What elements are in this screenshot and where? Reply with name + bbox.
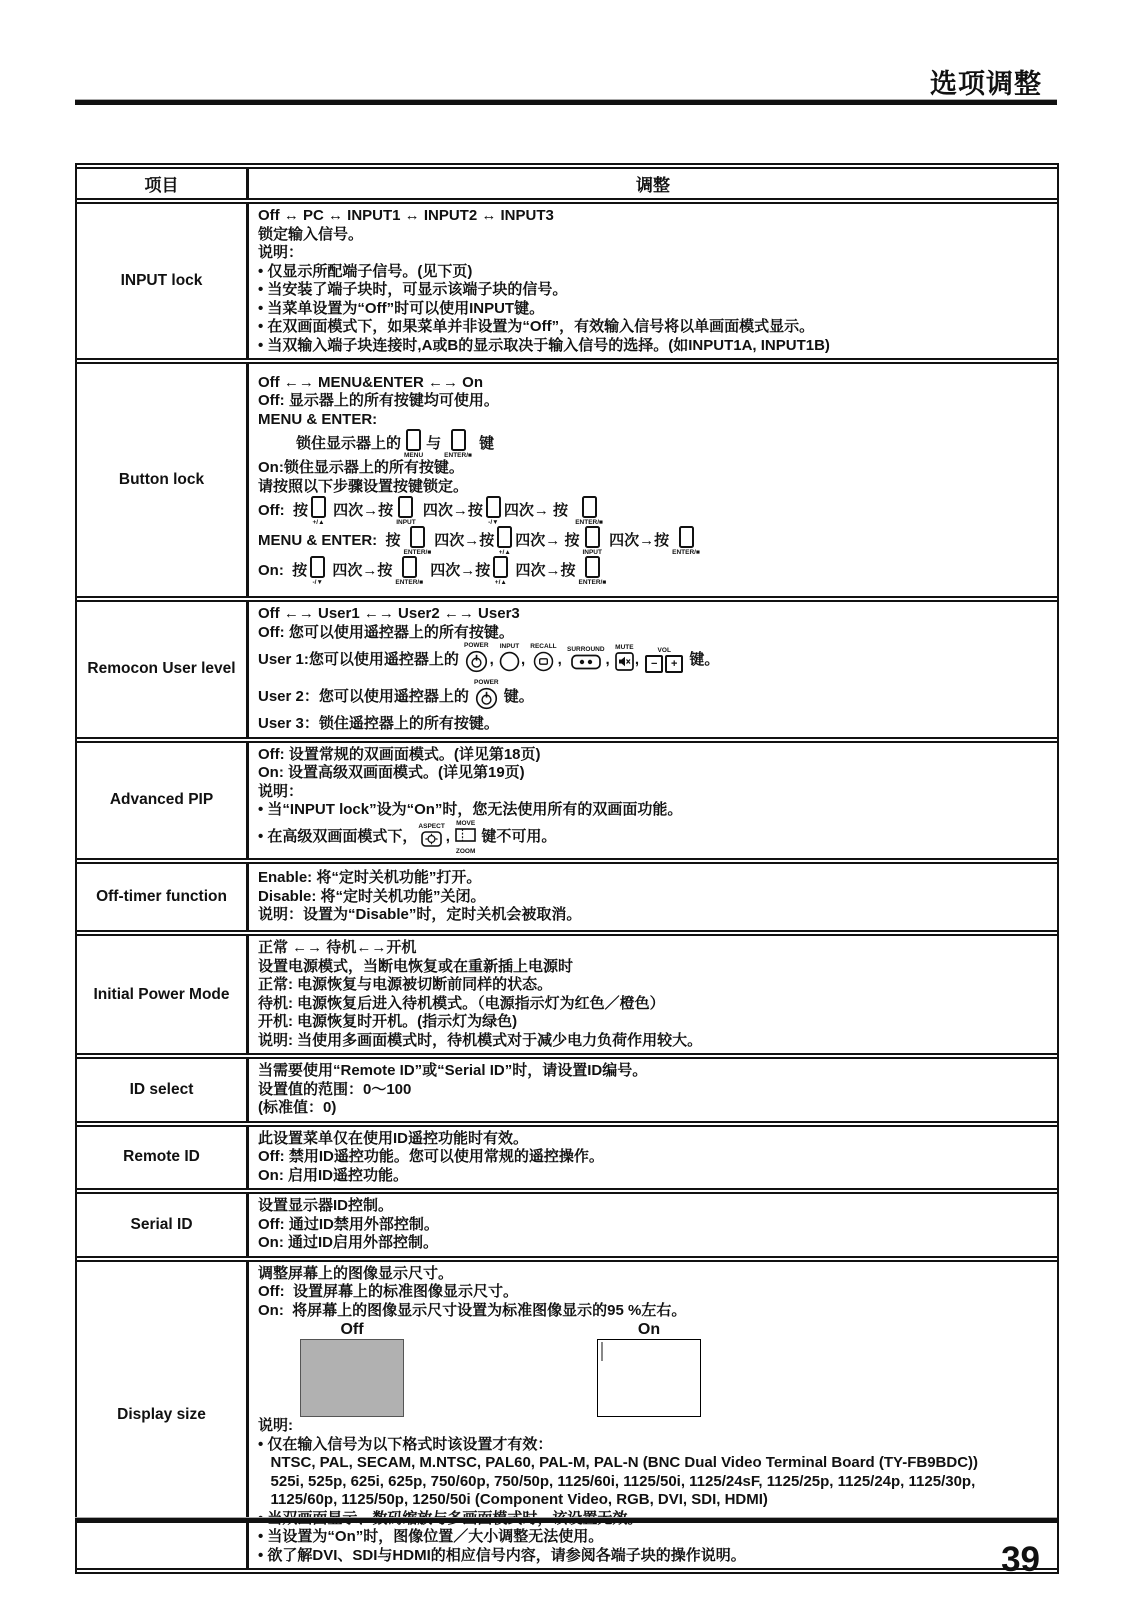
surround-label: SURROUND bbox=[567, 646, 605, 653]
table-row-remocon-user-level: Remocon User levelOff ←→ User1 ←→ User2 … bbox=[77, 600, 1057, 739]
text-segment: • 当设置为“On”时，图像位置／大小调整无法使用。 bbox=[258, 1528, 603, 1547]
text-segment: , bbox=[606, 651, 614, 670]
text-segment: 正常: 电源恢复与电源被切断前同样的状态。 bbox=[258, 976, 552, 995]
panel-key-icon: -/▼ bbox=[486, 496, 501, 526]
text-segment: On: 将屏幕上的图像显示尺寸设置为标准图像显示的95 %左右。 bbox=[258, 1302, 686, 1321]
panel-key-icon: +/▲ bbox=[493, 556, 508, 586]
text-segment: On: 按 bbox=[258, 562, 307, 581]
move-label: MOVE bbox=[456, 820, 475, 827]
text-segment: • 在高级双画面模式下， bbox=[258, 828, 417, 847]
content-line: • 在双画面模式下，如果菜单并非设置为“Off”，有效输入信号将以单画面模式显示… bbox=[258, 318, 1051, 337]
content-line: On: 按-/▼ 四次→按ENTER/■ 四次→按+/▲ 四次→按ENTER/■ bbox=[258, 556, 1051, 586]
move-zoom-button-icon: MOVEZOOM bbox=[455, 820, 476, 856]
power-label: POWER bbox=[464, 642, 489, 649]
text-segment: 四次→按 bbox=[511, 562, 575, 581]
row-item-label: Remote ID bbox=[77, 1125, 249, 1191]
text-segment: • 当安装了端子块时，可显示该端子块的信号。 bbox=[258, 281, 567, 300]
key-label: ENTER/■ bbox=[404, 549, 432, 556]
key-label: ENTER/■ bbox=[672, 549, 700, 556]
content-line: NTSC, PAL, SECAM, M.NTSC, PAL60, PAL-M, … bbox=[258, 1454, 1051, 1473]
text-segment: , bbox=[521, 651, 529, 670]
header-item: 项目 bbox=[77, 167, 249, 200]
icon-glyph bbox=[475, 687, 498, 716]
key-face-icon bbox=[493, 556, 508, 578]
row-content: Enable: 将“定时关机功能”打开。Disable: 将“定时关机功能”关闭… bbox=[249, 862, 1057, 932]
text-segment: On: 设置高级双画面模式。(详见第19页) bbox=[258, 764, 525, 783]
text-segment: • 仅显示所配端子信号。(见下页) bbox=[258, 263, 472, 282]
key-label: ENTER/■ bbox=[575, 519, 603, 526]
panel-key-icon: ENTER/■ bbox=[395, 556, 423, 586]
content-line: On: 将屏幕上的图像显示尺寸设置为标准图像显示的95 %左右。 bbox=[258, 1302, 1051, 1321]
text-segment: 1125/60p, 1125/50p, 1250/50i (Component … bbox=[258, 1491, 768, 1510]
text-segment: Off: 禁用ID遥控功能。您可以使用常规的遥控操作。 bbox=[258, 1148, 604, 1167]
text-segment: , bbox=[635, 651, 643, 670]
text-segment: 说明: bbox=[258, 1417, 293, 1436]
content-line: 说明：设置为“Disable”时，定时关机会被取消。 bbox=[258, 906, 1051, 925]
key-label: +/▲ bbox=[499, 549, 511, 556]
table-row-initial-power-mode: Initial Power Mode正常 ←→ 待机←→开机设置电源模式，当断电… bbox=[77, 934, 1057, 1055]
content-line: 锁定输入信号。 bbox=[258, 226, 1051, 245]
content-line: 请按照以下步骤设置按键锁定。 bbox=[258, 478, 1051, 497]
content-line: 调整屏幕上的图像显示尺寸。 bbox=[258, 1265, 1051, 1284]
row-content: 设置显示器ID控制。Off: 通过ID禁用外部控制。On: 通过ID启用外部控制… bbox=[249, 1192, 1057, 1258]
row-content: 调整屏幕上的图像显示尺寸。Off: 设置屏幕上的标准图像显示尺寸。On: 将屏幕… bbox=[249, 1260, 1057, 1571]
content-line: • 当菜单设置为“Off”时可以使用INPUT键。 bbox=[258, 300, 1051, 319]
display-size-on-group: On bbox=[597, 1320, 701, 1417]
text-segment: 正常 ←→ 待机←→开机 bbox=[258, 939, 416, 958]
key-face-icon bbox=[582, 496, 597, 518]
footer-rule bbox=[75, 1517, 1057, 1523]
content-line: Off: 通过ID禁用外部控制。 bbox=[258, 1216, 1051, 1235]
key-face-icon bbox=[398, 496, 413, 518]
aspect-label: ASPECT bbox=[418, 823, 444, 830]
content-line: Off: 禁用ID遥控功能。您可以使用常规的遥控操作。 bbox=[258, 1148, 1051, 1167]
content-line: Off ↔ PC ↔ INPUT1 ↔ INPUT2 ↔ INPUT3 bbox=[258, 207, 1051, 226]
table-row-off-timer-function: Off-timer functionEnable: 将“定时关机功能”打开。Di… bbox=[77, 862, 1057, 932]
panel-key-icon: MENU bbox=[404, 429, 423, 459]
display-size-on-box bbox=[597, 1339, 701, 1417]
key-label: ENTER/■ bbox=[395, 579, 423, 586]
text-segment: 四次→ 按 bbox=[504, 502, 572, 521]
volume-plus-icon: + bbox=[665, 655, 683, 673]
recall-label: RECALL bbox=[530, 643, 556, 650]
content-line: Disable: 将“定时关机功能”关闭。 bbox=[258, 888, 1051, 907]
content-line: • 在高级双画面模式下，ASPECT, MOVEZOOM 键不可用。 bbox=[258, 820, 1051, 856]
content-line: 525i, 525p, 625i, 625p, 750/60p, 750/50p… bbox=[258, 1473, 1051, 1492]
panel-key-icon: INPUT bbox=[396, 496, 416, 526]
content-line: Off: 显示器上的所有按键均可使用。 bbox=[258, 392, 1051, 411]
row-item-label: Advanced PIP bbox=[77, 741, 249, 861]
content-line: Off: 设置屏幕上的标准图像显示尺寸。 bbox=[258, 1283, 1051, 1302]
key-face-icon bbox=[410, 526, 425, 548]
content-line: • 欲了解DVI、SDI与HDMI的相应信号内容，请参阅各端子块的操作说明。 bbox=[258, 1547, 1051, 1566]
text-segment: 说明： bbox=[258, 244, 303, 263]
row-item-label: Button lock bbox=[77, 362, 249, 598]
text-segment: • 欲了解DVI、SDI与HDMI的相应信号内容，请参阅各端子块的操作说明。 bbox=[258, 1547, 746, 1566]
text-segment: On:锁住显示器上的所有按键。 bbox=[258, 459, 464, 478]
content-line: 正常: 电源恢复与电源被切断前同样的状态。 bbox=[258, 976, 1051, 995]
key-face-icon bbox=[311, 496, 326, 518]
row-item-label: INPUT lock bbox=[77, 202, 249, 360]
text-segment: • 当菜单设置为“Off”时可以使用INPUT键。 bbox=[258, 300, 544, 319]
mute-label: MUTE bbox=[615, 644, 633, 651]
power-button-icon: POWER bbox=[464, 642, 489, 679]
volume-keys: −+ bbox=[644, 655, 684, 673]
row-content: Off ↔ PC ↔ INPUT1 ↔ INPUT2 ↔ INPUT3锁定输入信… bbox=[249, 202, 1057, 360]
display-size-off-box bbox=[300, 1339, 404, 1417]
icon-glyph bbox=[421, 831, 442, 853]
content-line: On: 设置高级双画面模式。(详见第19页) bbox=[258, 764, 1051, 783]
text-segment: On: 启用ID遥控功能。 bbox=[258, 1167, 408, 1186]
content-line: User 1:您可以使用遥控器上的 POWER, INPUT, RECALL, … bbox=[258, 642, 1051, 679]
table-row-display-size: Display size调整屏幕上的图像显示尺寸。Off: 设置屏幕上的标准图像… bbox=[77, 1260, 1057, 1571]
key-face-icon bbox=[402, 556, 417, 578]
text-segment: Off: 通过ID禁用外部控制。 bbox=[258, 1216, 439, 1235]
panel-key-icon: +/▲ bbox=[311, 496, 326, 526]
table-row-remote-id: Remote ID此设置菜单仅在使用ID遥控功能时有效。Off: 禁用ID遥控功… bbox=[77, 1125, 1057, 1191]
panel-key-icon: INPUT bbox=[582, 526, 602, 556]
text-segment: 四次→按 bbox=[328, 562, 392, 581]
surround-button-icon: SURROUND bbox=[567, 646, 605, 676]
text-segment: 525i, 525p, 625i, 625p, 750/60p, 750/50p… bbox=[258, 1473, 975, 1492]
text-segment: , bbox=[446, 828, 454, 847]
zoom-label: ZOOM bbox=[456, 848, 476, 855]
text-segment: 四次→按 bbox=[605, 532, 669, 551]
text-segment: • 当双输入端子块连接时,A或B的显示取决于输入信号的选择。(如INPUT1A,… bbox=[258, 337, 830, 356]
text-segment: 键不可用。 bbox=[477, 828, 556, 847]
key-label: -/▼ bbox=[312, 579, 322, 586]
row-item-label: Remocon User level bbox=[77, 600, 249, 739]
volume-minus-icon: − bbox=[645, 655, 663, 673]
options-table: 项目 调整 INPUT lockOff ↔ PC ↔ INPUT1 ↔ INPU… bbox=[75, 163, 1059, 1574]
text-segment: 四次→按 bbox=[426, 562, 490, 581]
content-line: Off: 设置常规的双画面模式。(详见第18页) bbox=[258, 746, 1051, 765]
text-segment: 键。 bbox=[500, 688, 534, 707]
key-label: INPUT bbox=[582, 549, 602, 556]
text-segment: 调整屏幕上的图像显示尺寸。 bbox=[258, 1265, 453, 1284]
power-label: POWER bbox=[474, 679, 499, 686]
content-line: 说明： bbox=[258, 783, 1051, 802]
content-line: 设置值的范围：0～100 bbox=[258, 1081, 1051, 1100]
content-line: • 仅在输入信号为以下格式时该设置才有效： bbox=[258, 1436, 1051, 1455]
text-segment: 设置电源模式，当断电恢复或在重新插上电源时 bbox=[258, 958, 573, 977]
row-item-label: Initial Power Mode bbox=[77, 934, 249, 1055]
content-line: 锁住显示器上的MENU与ENTER/■ 键 bbox=[258, 429, 1051, 459]
text-segment: Enable: 将“定时关机功能”打开。 bbox=[258, 869, 481, 888]
table-row-serial-id: Serial ID设置显示器ID控制。Off: 通过ID禁用外部控制。On: 通… bbox=[77, 1192, 1057, 1258]
icon-glyph bbox=[465, 650, 488, 679]
text-segment: • 当“INPUT lock”设为“On”时，您无法使用所有的双画面功能。 bbox=[258, 801, 682, 820]
display-size-off-label: Off bbox=[340, 1320, 363, 1339]
mute-button-icon: MUTE bbox=[615, 644, 634, 677]
row-content: 当需要使用“Remote ID”或“Serial ID”时，请设置ID编号。设置… bbox=[249, 1057, 1057, 1123]
text-segment: , bbox=[490, 651, 498, 670]
text-segment: , bbox=[558, 651, 566, 670]
table-row-id-select: ID select当需要使用“Remote ID”或“Serial ID”时，请… bbox=[77, 1057, 1057, 1123]
content-line: Off: 您可以使用遥控器上的所有按键。 bbox=[258, 624, 1051, 643]
content-line: 1125/60p, 1125/50p, 1250/50i (Component … bbox=[258, 1491, 1051, 1510]
content-line: Off ←→ MENU&ENTER ←→ On bbox=[258, 374, 1051, 393]
text-segment: 与 bbox=[426, 435, 441, 454]
text-segment: 此设置菜单仅在使用ID遥控功能时有效。 bbox=[258, 1130, 528, 1149]
content-line: 说明: bbox=[258, 1417, 1051, 1436]
text-segment: Disable: 将“定时关机功能”关闭。 bbox=[258, 888, 486, 907]
text-segment: Off: 设置常规的双画面模式。(详见第18页) bbox=[258, 746, 541, 765]
panel-key-icon: ENTER/■ bbox=[404, 526, 432, 556]
panel-key-icon: ENTER/■ bbox=[444, 429, 472, 459]
content-line: • 当双输入端子块连接时,A或B的显示取决于输入信号的选择。(如INPUT1A,… bbox=[258, 337, 1051, 356]
key-face-icon bbox=[451, 429, 466, 451]
text-segment: 请按照以下步骤设置按键锁定。 bbox=[258, 478, 468, 497]
text-segment: Off: 您可以使用遥控器上的所有按键。 bbox=[258, 624, 514, 643]
text-segment: User 2：您可以使用遥控器上的 bbox=[258, 688, 473, 707]
content-line: (标准值：0) bbox=[258, 1099, 1051, 1118]
key-label: -/▼ bbox=[488, 519, 498, 526]
text-segment: • 在双画面模式下，如果菜单并非设置为“Off”，有效输入信号将以单画面模式显示… bbox=[258, 318, 814, 337]
content-line: 此设置菜单仅在使用ID遥控功能时有效。 bbox=[258, 1130, 1051, 1149]
icon-glyph bbox=[533, 651, 554, 678]
recall-button-icon: RECALL bbox=[530, 643, 556, 678]
power-button-icon: POWER bbox=[474, 679, 499, 716]
key-label: ENTER/■ bbox=[579, 579, 607, 586]
row-content: Off ←→ MENU&ENTER ←→ OnOff: 显示器上的所有按键均可使… bbox=[249, 362, 1057, 598]
text-segment: 说明： bbox=[258, 783, 303, 802]
text-segment: On: 通过ID启用外部控制。 bbox=[258, 1234, 438, 1253]
text-segment: 四次→ 按 bbox=[515, 532, 579, 551]
content-line: User 2：您可以使用遥控器上的 POWER 键。 bbox=[258, 679, 1051, 716]
panel-key-icon: -/▼ bbox=[310, 556, 325, 586]
text-segment: 开机: 电源恢复时开机。(指示灯为绿色) bbox=[258, 1013, 517, 1032]
text-segment: 四次→按 bbox=[419, 502, 483, 521]
key-face-icon bbox=[486, 496, 501, 518]
icon-glyph bbox=[615, 652, 634, 677]
text-segment: MENU & ENTER: bbox=[258, 411, 377, 430]
content-line: 设置电源模式，当断电恢复或在重新插上电源时 bbox=[258, 958, 1051, 977]
table-row-input-lock: INPUT lockOff ↔ PC ↔ INPUT1 ↔ INPUT2 ↔ I… bbox=[77, 202, 1057, 360]
text-segment: (标准值：0) bbox=[258, 1099, 336, 1118]
content-line: 说明: 当使用多画面模式时，待机模式对于减少电力负荷作用较大。 bbox=[258, 1032, 1051, 1051]
text-segment: Off: 显示器上的所有按键均可使用。 bbox=[258, 392, 499, 411]
content-line: • 当“INPUT lock”设为“On”时，您无法使用所有的双画面功能。 bbox=[258, 801, 1051, 820]
header-adjust: 调整 bbox=[249, 167, 1057, 200]
panel-key-icon: +/▲ bbox=[497, 526, 512, 556]
content-line: On: 启用ID遥控功能。 bbox=[258, 1167, 1051, 1186]
row-content: 正常 ←→ 待机←→开机设置电源模式，当断电恢复或在重新插上电源时正常: 电源恢… bbox=[249, 934, 1057, 1055]
key-label: +/▲ bbox=[312, 519, 324, 526]
text-segment: 当需要使用“Remote ID”或“Serial ID”时，请设置ID编号。 bbox=[258, 1062, 647, 1081]
text-segment: User 3：锁住遥控器上的所有按键。 bbox=[258, 715, 499, 734]
display-size-off-group: Off bbox=[300, 1320, 404, 1417]
text-segment: Off ↔ PC ↔ INPUT1 ↔ INPUT2 ↔ INPUT3 bbox=[258, 207, 554, 226]
text-segment: 待机: 电源恢复后进入待机模式。（电源指示灯为红色／橙色） bbox=[258, 995, 665, 1014]
text-segment: • 仅在输入信号为以下格式时该设置才有效： bbox=[258, 1436, 552, 1455]
text-segment: 锁定输入信号。 bbox=[258, 226, 363, 245]
row-content: 此设置菜单仅在使用ID遥控功能时有效。Off: 禁用ID遥控功能。您可以使用常规… bbox=[249, 1125, 1057, 1191]
text-segment: 说明: 当使用多画面模式时，待机模式对于减少电力负荷作用较大。 bbox=[258, 1032, 702, 1051]
text-segment: 四次→按 bbox=[434, 532, 494, 551]
key-label: INPUT bbox=[396, 519, 416, 526]
text-segment: 设置显示器ID控制。 bbox=[258, 1197, 393, 1216]
text-segment: NTSC, PAL, SECAM, M.NTSC, PAL60, PAL-M, … bbox=[258, 1454, 978, 1473]
display-size-on-inner bbox=[601, 1342, 603, 1361]
row-item-label: Off-timer function bbox=[77, 862, 249, 932]
content-line: • 当安装了端子块时，可显示该端子块的信号。 bbox=[258, 281, 1051, 300]
key-face-icon bbox=[585, 556, 600, 578]
content-line: OffOn bbox=[258, 1320, 1051, 1417]
row-item-label: ID select bbox=[77, 1057, 249, 1123]
content-line: 正常 ←→ 待机←→开机 bbox=[258, 939, 1051, 958]
table-row-advanced-pip: Advanced PIPOff: 设置常规的双画面模式。(详见第18页)On: … bbox=[77, 741, 1057, 861]
content-line: 设置显示器ID控制。 bbox=[258, 1197, 1051, 1216]
content-line: 说明： bbox=[258, 244, 1051, 263]
text-segment: MENU & ENTER: 按 bbox=[258, 532, 401, 551]
content-line: 开机: 电源恢复时开机。(指示灯为绿色) bbox=[258, 1013, 1051, 1032]
title-rule bbox=[75, 99, 1057, 105]
table-row-button-lock: Button lockOff ←→ MENU&ENTER ←→ OnOff: 显… bbox=[77, 362, 1057, 598]
row-item-label: Serial ID bbox=[77, 1192, 249, 1258]
volume-keys-icon: VOL−+ bbox=[644, 647, 684, 673]
circle-label: INPUT bbox=[500, 643, 520, 650]
content-line: Enable: 将“定时关机功能”打开。 bbox=[258, 869, 1051, 888]
key-face-icon bbox=[310, 556, 325, 578]
circle-button-icon: INPUT bbox=[499, 643, 520, 678]
key-face-icon bbox=[679, 526, 694, 548]
content-line: MENU & ENTER: bbox=[258, 411, 1051, 430]
content-line: On: 通过ID启用外部控制。 bbox=[258, 1234, 1051, 1253]
page-title: 选项调整 bbox=[930, 62, 1042, 101]
content-line: 当需要使用“Remote ID”或“Serial ID”时，请设置ID编号。 bbox=[258, 1062, 1051, 1081]
content-line: MENU & ENTER: 按ENTER/■四次→按+/▲四次→ 按INPUT … bbox=[258, 526, 1051, 556]
text-segment: Off ←→ User1 ←→ User2 ←→ User3 bbox=[258, 605, 520, 624]
content-line: User 3：锁住遥控器上的所有按键。 bbox=[258, 715, 1051, 734]
panel-key-icon: ENTER/■ bbox=[579, 556, 607, 586]
key-label: +/▲ bbox=[495, 579, 507, 586]
content-line: • 仅显示所配端子信号。(见下页) bbox=[258, 263, 1051, 282]
text-segment: 说明：设置为“Disable”时，定时关机会被取消。 bbox=[258, 906, 581, 925]
row-content: Off: 设置常规的双画面模式。(详见第18页)On: 设置高级双画面模式。(详… bbox=[249, 741, 1057, 861]
icon-glyph bbox=[571, 654, 601, 676]
text-segment: 键 bbox=[475, 435, 494, 454]
row-content: Off ←→ User1 ←→ User2 ←→ User3Off: 您可以使用… bbox=[249, 600, 1057, 739]
page-number: 39 bbox=[1001, 1540, 1040, 1580]
text-segment: 设置值的范围：0～100 bbox=[258, 1081, 411, 1100]
panel-key-icon: ENTER/■ bbox=[575, 496, 603, 526]
content-line: On:锁住显示器上的所有按键。 bbox=[258, 459, 1051, 478]
content-line: • 当设置为“On”时，图像位置／大小调整无法使用。 bbox=[258, 1528, 1051, 1547]
content-line: Off ←→ User1 ←→ User2 ←→ User3 bbox=[258, 605, 1051, 624]
text-segment: Off: 设置屏幕上的标准图像显示尺寸。 bbox=[258, 1283, 518, 1302]
icon-glyph bbox=[499, 651, 520, 678]
key-face-icon bbox=[497, 526, 512, 548]
panel-key-icon: ENTER/■ bbox=[672, 526, 700, 556]
key-face-icon bbox=[585, 526, 600, 548]
text-segment: Off: 按 bbox=[258, 502, 308, 521]
content-line: 待机: 电源恢复后进入待机模式。（电源指示灯为红色／橙色） bbox=[258, 995, 1051, 1014]
text-segment: 键。 bbox=[685, 651, 719, 670]
content-line: Off: 按+/▲ 四次→按INPUT 四次→按-/▼四次→ 按 ENTER/■ bbox=[258, 496, 1051, 526]
aspect-button-icon: ASPECT bbox=[418, 823, 444, 853]
table-header-row: 项目 调整 bbox=[77, 167, 1057, 200]
display-size-on-label: On bbox=[638, 1320, 660, 1339]
key-face-icon bbox=[406, 429, 421, 451]
text-segment: 锁住显示器上的 bbox=[296, 435, 401, 454]
text-segment: 四次→按 bbox=[329, 502, 393, 521]
row-item-label: Display size bbox=[77, 1260, 249, 1571]
move-zoom-glyph bbox=[455, 828, 476, 848]
text-segment: Off ←→ MENU&ENTER ←→ On bbox=[258, 374, 483, 393]
volume-label: VOL bbox=[658, 647, 671, 654]
text-segment: User 1:您可以使用遥控器上的 bbox=[258, 651, 463, 670]
